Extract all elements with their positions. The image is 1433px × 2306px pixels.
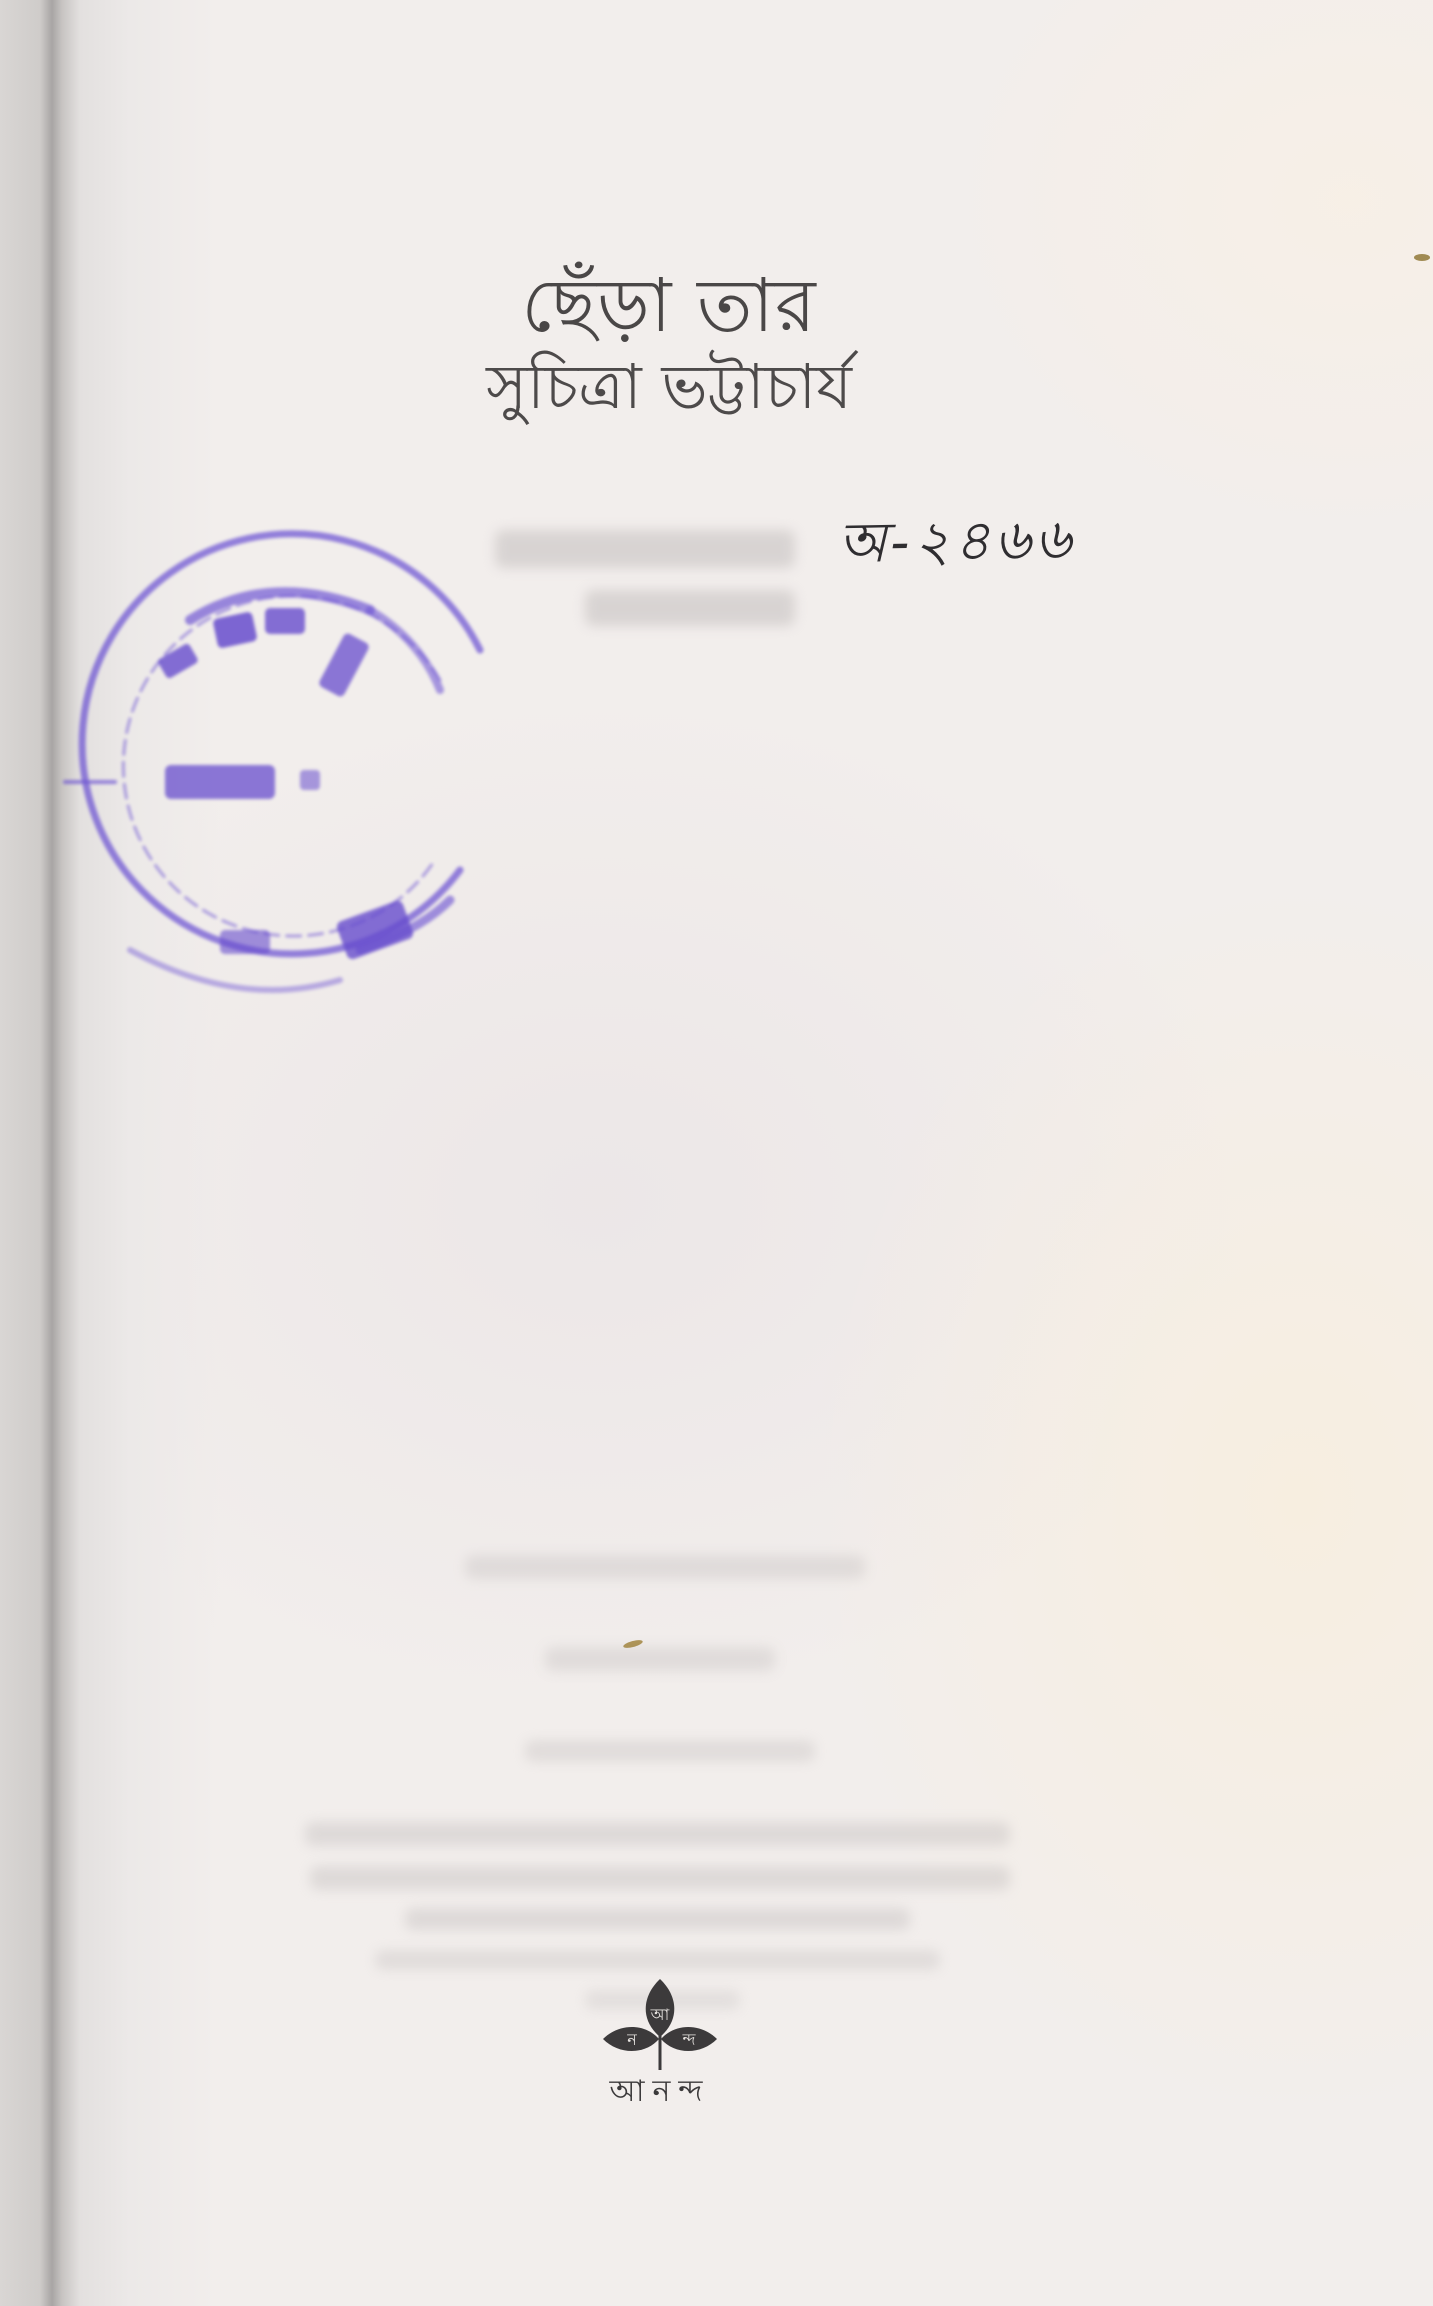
publisher-logo: আ ন ন্দ আনন্দ: [597, 1975, 723, 2105]
leaf-letter-left: ন: [626, 2030, 637, 2049]
leaf-letter-right: ন্দ: [682, 2030, 697, 2049]
leaf-letter-top: আ: [650, 2005, 670, 2024]
publisher-name: আনন্দ: [597, 2067, 723, 2118]
stamp-graphic: [40, 530, 510, 1000]
book-title-page: ছেঁড়া তার সুচিত্রা ভট্টাচার্য অ-২৪৬৬: [0, 0, 1433, 2306]
handwritten-accession-number: অ-২৪৬৬: [837, 496, 1076, 594]
paper-mark: [1414, 254, 1430, 261]
three-leaf-icon: আ ন ন্দ: [597, 1975, 723, 2075]
author-name: সুচিত্রা ভট্টাচার্য: [0, 340, 1433, 443]
library-stamp: [40, 530, 510, 1000]
